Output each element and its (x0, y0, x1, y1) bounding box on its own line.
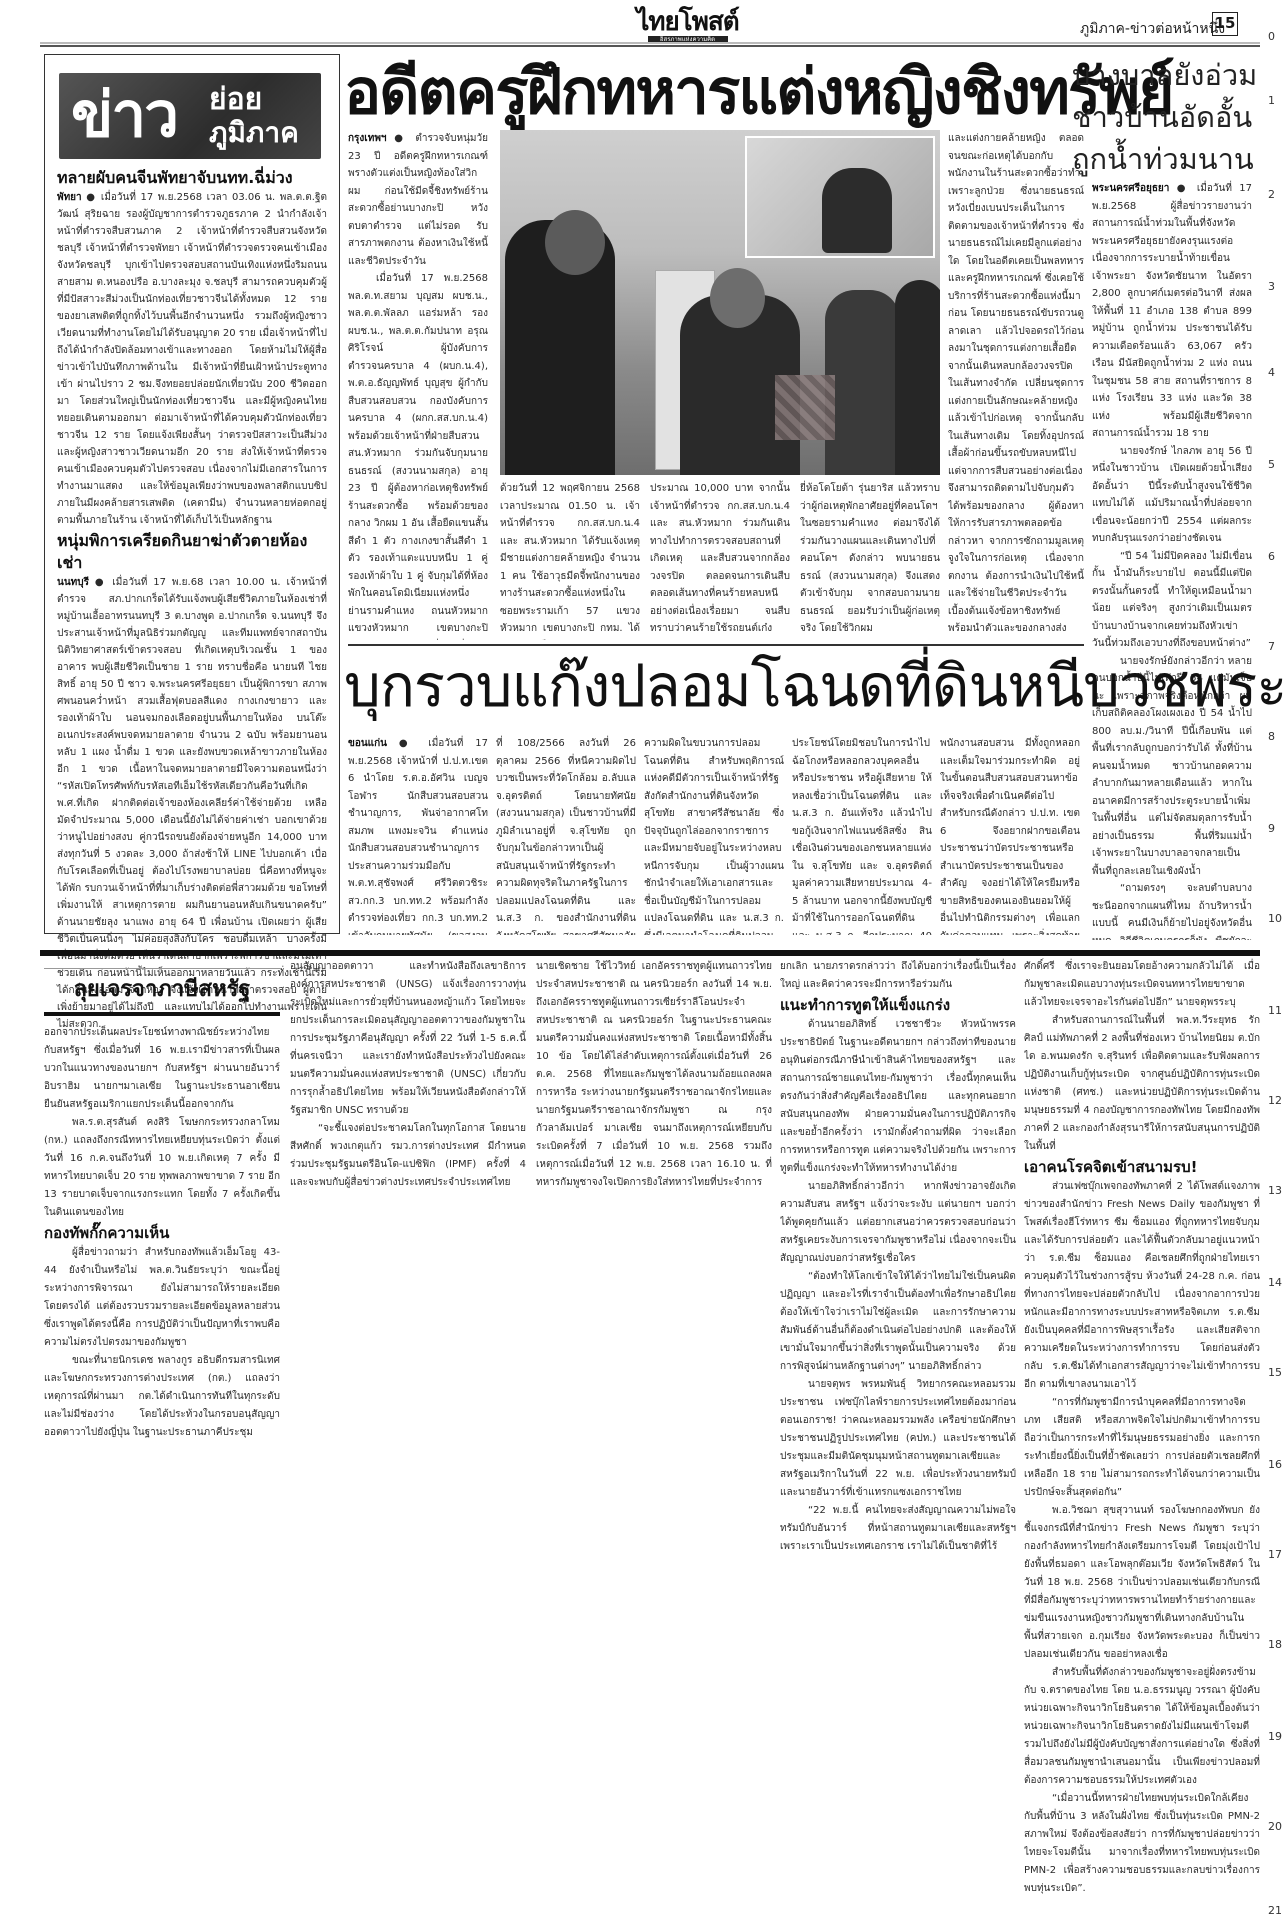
main-story-col-5: และแต่งกายคล้ายหญิง ตลอดจนขณะก่อเหตุได้บ… (948, 130, 1084, 640)
line-number: 2 (1268, 188, 1275, 201)
main-story-col-3: ประมาณ 10,000 บาท จากนั้นเจ้าหน้าที่ตำรว… (650, 480, 790, 640)
logo-word-news: ข่าว (71, 79, 177, 151)
line-number: 3 (1268, 280, 1275, 293)
brief-headline: หนุ่มพิการเครียดกินยาฆ่าตัวตายห้องเช่า (57, 530, 327, 574)
bottom-col1-p3: ผู้สื่อข่าวถามว่า สำหรับกองทัพแล้วเอ็มโอ… (44, 1244, 280, 1352)
bottom-col2-p1: อนุสัญญาออตตาวา และทำหนังสือถึงเลขาธิการ… (290, 958, 526, 1120)
flood-story-body: พระนครศรีอยุธยา ● เมื่อวันที่ 17 พ.ย.256… (1092, 180, 1252, 940)
photo-officer-2 (825, 290, 900, 475)
flood-text-2: นายจงรักษ์ ไกลภพ อายุ 56 ปี หนึ่งในชาวบ้… (1092, 443, 1252, 548)
flood-headline-line-3: ถูกน้ำท่วมนาน (1072, 138, 1282, 180)
brief-body: พัทยา ● เมื่อวันที่ 17 พ.ย.2568 เวลา 03.… (57, 189, 327, 529)
line-number: 18 (1268, 1638, 1282, 1651)
flood-headline: บางบาลยังอ่วม ชาวบ้านอัดอั้น ถูกน้ำท่วมน… (1072, 54, 1282, 180)
flood-headline-line-2: ชาวบ้านอัดอั้น (1072, 96, 1282, 138)
second-story-col-5: พนักงานสอบสวน มีทั้งถูกหลอกและเต็มใจมาร่… (940, 735, 1080, 935)
second-col1-text: เมื่อวันที่ 17 พ.ย.2568 เจ้าหน้าที่ ป.ป.… (348, 738, 488, 935)
line-number: 15 (1268, 1366, 1282, 1379)
bottom-col-2: อนุสัญญาออตตาวา และทำหนังสือถึงเลขาธิการ… (290, 958, 526, 1914)
line-number: 19 (1268, 1730, 1282, 1743)
line-number: 21 (1268, 1904, 1282, 1917)
bullet: ● (95, 577, 106, 588)
line-number: 12 (1268, 1094, 1282, 1107)
line-number: 16 (1268, 1458, 1282, 1471)
flood-dateline: พระนครศรีอยุธยา (1092, 183, 1169, 194)
subhead-mental-soldier: เอาคนโรคจิตเข้าสนามรบ! (1024, 1156, 1260, 1178)
bottom-col4-p5: นายจตุพร พรหมพันธุ์ วิทยากรคณะหลอมรวมประ… (780, 1376, 1016, 1502)
bottom-col-5: ศักดิ์ศรี ซึ่งเราจะยินยอมโดยอ้างความกลัว… (1024, 958, 1260, 1914)
photo-head-2 (710, 268, 765, 328)
brief-story-2: หนุ่มพิการเครียดกินยาฆ่าตัวตายห้องเช่า น… (57, 530, 327, 1033)
line-number: 11 (1268, 1004, 1282, 1017)
bottom-col-1: ออกจากประเด็นผลประโยชน์ทางพาณิชย์ระหว่าง… (44, 1024, 280, 1914)
bullet: ● (394, 133, 407, 144)
bottom-col4-p2: ด้านนายอภิสิทธิ์ เวชชาชีวะ หัวหน้าพรรคปร… (780, 1016, 1016, 1178)
bottom-col5-p5: พ.อ.วิชฌา สุขสุวานนท์ รองโฆษกกองทัพบก ยั… (1024, 1502, 1260, 1664)
brief-text: เมื่อวันที่ 17 พ.ย.68 เวลา 10.00 น. เจ้า… (57, 577, 327, 1030)
second-story-col-1: ขอนแก่น ● เมื่อวันที่ 17 พ.ย.2568 เจ้าหน… (348, 735, 488, 935)
logo-word-region: ภูมิภาค (209, 117, 299, 149)
main-lede: ตำรวจจับหนุ่มวัย 23 ปี อดีตครูฝึกทหารเกณ… (348, 133, 488, 267)
bullet: ● (1177, 183, 1190, 194)
bottom-col4-p4: “ต้องทำให้โลกเข้าใจให้ได้ว่าไทยไม่ใช่เป็… (780, 1268, 1016, 1376)
line-number: 6 (1268, 550, 1275, 563)
line-number: 5 (1268, 458, 1275, 471)
bottom-col5-p3: ส่วนเฟซบุ๊กเพจกองทัพภาคที่ 2 ได้โพสต์แจง… (1024, 1178, 1260, 1394)
header-rule (40, 42, 1260, 47)
flood-text-1: เมื่อวันที่ 17 พ.ย.2568 ผู้สื่อข่าวรายงา… (1092, 183, 1252, 439)
page-number: 15 (1212, 12, 1238, 36)
second-dateline: ขอนแก่น (348, 738, 387, 749)
bottom-col-3: นายเชิดชาย ใช้ไววิทย์ เอกอัครราชทูตผู้แท… (536, 958, 772, 1914)
logo-word-brief: ย่อย (209, 83, 262, 117)
line-number: 8 (1268, 730, 1275, 743)
bottom-col5-p7: “เมื่อวานนี้ทหารฝ่ายไทยพบทุ่นระเบิดใกล้เ… (1024, 1790, 1260, 1898)
line-number: 7 (1268, 640, 1275, 653)
brief-headline: ทลายผับคนจีนพัทยาจับนทท.ฉี่ม่วง (57, 167, 327, 189)
second-headline: บุกรวบแก๊งปลอมโฉนดที่ดินหนีบวชพระ (344, 650, 1286, 722)
photo-blur-region (775, 375, 835, 440)
main-col1-text: เมื่อวันที่ 17 พ.ย.2568 พล.ต.ท.สยาม บุญส… (348, 270, 488, 640)
bottom-col5-p1: ศักดิ์ศรี ซึ่งเราจะยินยอมโดยอ้างความกลัว… (1024, 958, 1260, 1012)
photo-officer-3 (895, 280, 940, 475)
line-number: 13 (1268, 1184, 1282, 1197)
subhead-diplomacy: แนะทำการทูตให้แข็งแกร่ง (780, 994, 1016, 1016)
masthead: ไทยโพสต์ อิสรภาพแห่งความคิด (630, 8, 745, 46)
line-number: 1 (1268, 94, 1275, 107)
main-story-col-1: กรุงเทพฯ ● ตำรวจจับหนุ่มวัย 23 ปี อดีตคร… (348, 130, 488, 640)
cctv-inset-photo (745, 136, 935, 258)
brief-text: เมื่อวันที่ 17 พ.ย.2568 เวลา 03.06 น. พล… (57, 192, 327, 526)
flood-headline-line-1: บางบาลยังอ่วม (1072, 54, 1282, 96)
bottom-col-4: ยกเลิก นายภราดรกล่าวว่า ถึงได้บอกว่าเรื่… (780, 958, 1016, 1914)
bottom-col2-p2: “จะชี้แจงต่อประชาคมโลกในทุกโอกาส โดยนายส… (290, 1120, 526, 1192)
second-story-col-4: ประโยชน์โดยมิชอบในการนำไปฉ้อโกงหรือหลอกล… (792, 735, 932, 935)
bullet: ● (86, 192, 96, 203)
bottom-col1-p4: ขณะที่นายนิกรเดช พลางกูร อธิบดีกรมสารนิเ… (44, 1352, 280, 1442)
bottom-col4-p1: ยกเลิก นายภราดรกล่าวว่า ถึงได้บอกว่าเรื่… (780, 958, 1016, 994)
second-story-col-3: ความผิดในขบวนการปลอมโฉนดที่ดิน สำหรับพฤต… (644, 735, 784, 935)
regional-briefs-logo: ข่าว ย่อย ภูมิภาค (59, 73, 321, 159)
line-number: 9 (1268, 822, 1275, 835)
bottom-col5-p4: “การที่กัมพูชามีการนำบุคคลที่มีอาการทางจ… (1024, 1394, 1260, 1502)
bottom-col1-p2: พล.ร.ต.สุรสันต์ คงสิริ โฆษกกระทรวงกลาโหม… (44, 1114, 280, 1222)
bottom-col4-p6: “22 พ.ย.นี้ คนไทยจะส่งสัญญาณความไม่พอใจท… (780, 1502, 1016, 1556)
bottom-col5-p6: สำหรับพื้นที่ดังกล่าวของกัมพูชาจะอยู่ฝั่… (1024, 1664, 1260, 1790)
brief-body: นนทบุรี ● เมื่อวันที่ 17 พ.ย.68 เวลา 10.… (57, 574, 327, 1033)
section-divider (348, 644, 1084, 646)
brief-dateline: พัทยา (57, 192, 82, 203)
flood-quote-1: “ปี 54 ไม่มีปิดคลอง ไม่มีเขื่อนกั้น น้ำม… (1092, 548, 1252, 653)
bottom-headline: ลุยเจรจาภาษีสหรัฐ (44, 975, 280, 1005)
line-number: 10 (1268, 912, 1282, 925)
brief-story-1: ทลายผับคนจีนพัทยาจับนทท.ฉี่ม่วง พัทยา ● … (57, 167, 327, 529)
masthead-logo: ไทยโพสต์ (630, 8, 745, 36)
bottom-col3-p1: นายเชิดชาย ใช้ไววิทย์ เอกอัครราชทูตผู้แท… (536, 958, 772, 1192)
main-story-col-2: ด้วยวันที่ 12 พฤศจิกายน 2568 เวลาประมาณ … (500, 480, 640, 640)
bullet: ● (399, 738, 416, 749)
line-number: 17 (1268, 1548, 1282, 1561)
line-number: 14 (1268, 1276, 1282, 1289)
regional-briefs-box: ข่าว ย่อย ภูมิภาค ทลายผับคนจีนพัทยาจับนท… (44, 54, 340, 934)
bottom-col1-p1: ออกจากประเด็นผลประโยชน์ทางพาณิชย์ระหว่าง… (44, 1024, 280, 1114)
line-number: 4 (1268, 366, 1275, 379)
second-story-col-2: ที่ 108/2566 ลงวันที่ 26 ตุลาคม 2566 ที่… (496, 735, 636, 935)
line-number: 0 (1268, 30, 1275, 43)
subhead-army: กองทัพกั๊กความเห็น (44, 1222, 280, 1244)
title-bottom-rule (44, 1012, 280, 1016)
brief-dateline: นนทบุรี (57, 577, 89, 588)
main-dateline: กรุงเทพฯ (348, 133, 387, 144)
line-number: 20 (1268, 1820, 1282, 1833)
section-label: ภูมิภาค-ข่าวต่อหน้าหนึ่ง (1080, 18, 1225, 40)
title-top-rule (44, 968, 280, 969)
cctv-figure (822, 168, 892, 253)
main-story-col-4: ยี่ห้อโตโยต้า รุ่นยาริส แล้วทราบว่าผู้ก่… (800, 480, 940, 640)
bottom-col5-p2: สำหรับสถานการณ์ในพื้นที่ พล.ท.วีระยุทธ ร… (1024, 1012, 1260, 1156)
photo-head-1 (545, 210, 605, 275)
bottom-section-rule (40, 950, 1260, 956)
main-headline: อดีตครูฝึกทหารแต่งหญิงชิงทรัพย์ (344, 54, 1172, 130)
bottom-col4-p3: นายอภิสิทธิ์กล่าวอีกว่า หากฟังข่าวอาจยัง… (780, 1178, 1016, 1268)
flood-quote-2: “ถามตรงๆ จะลบตำบลบางชะนีออกจากแผนที่ไหม … (1092, 880, 1252, 940)
